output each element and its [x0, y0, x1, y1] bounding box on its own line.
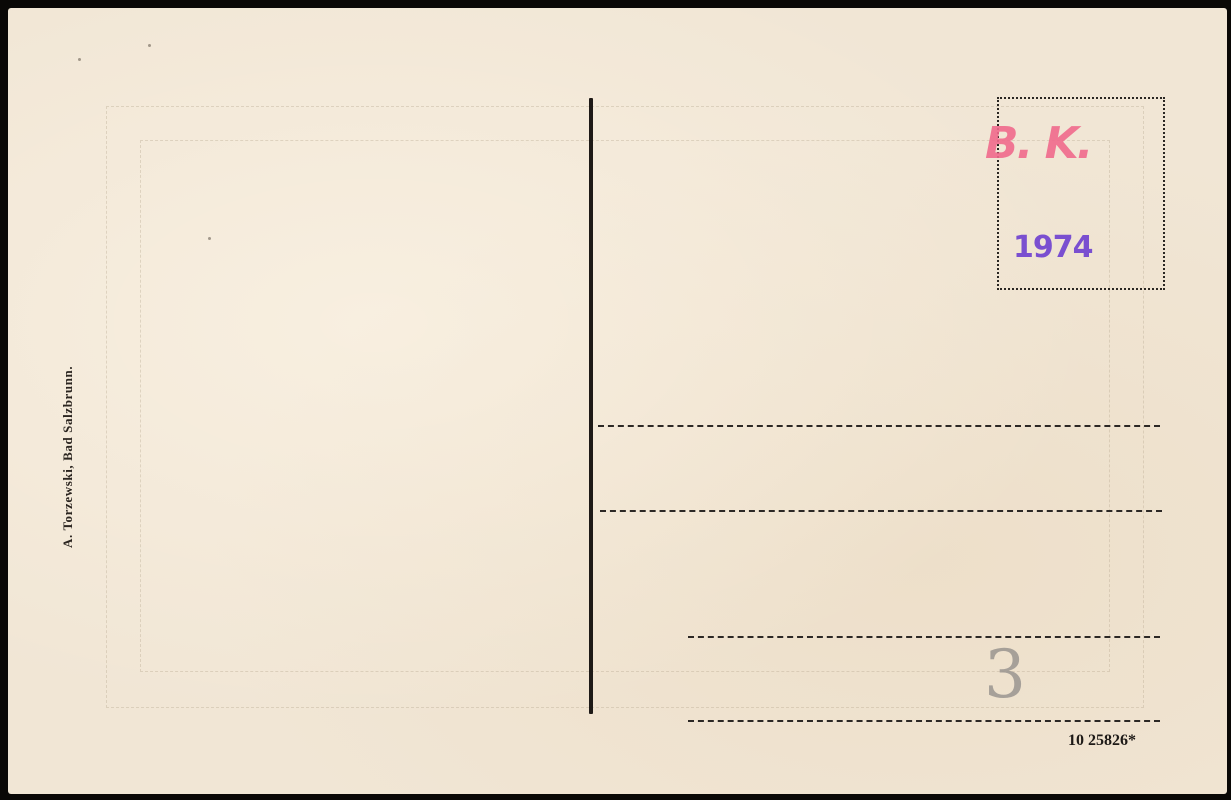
paper-speck [208, 237, 211, 240]
pencil-number-mark: 3 [984, 636, 1026, 713]
paper-speck [148, 44, 151, 47]
faint-inner-frame [140, 140, 1110, 672]
address-line-2 [600, 510, 1162, 512]
address-line-1 [598, 425, 1160, 427]
year-stamp: 1974 [1013, 230, 1093, 265]
publisher-imprint: A. Torzewski, Bad Salzbrunn. [60, 366, 76, 548]
card-serial-number: 10 25826* [1068, 732, 1136, 750]
center-divider-line [589, 98, 593, 714]
address-line-3 [688, 636, 1160, 638]
address-line-4 [688, 720, 1160, 722]
paper-speck [78, 58, 81, 61]
handwritten-initials: B. K. [985, 118, 1091, 169]
